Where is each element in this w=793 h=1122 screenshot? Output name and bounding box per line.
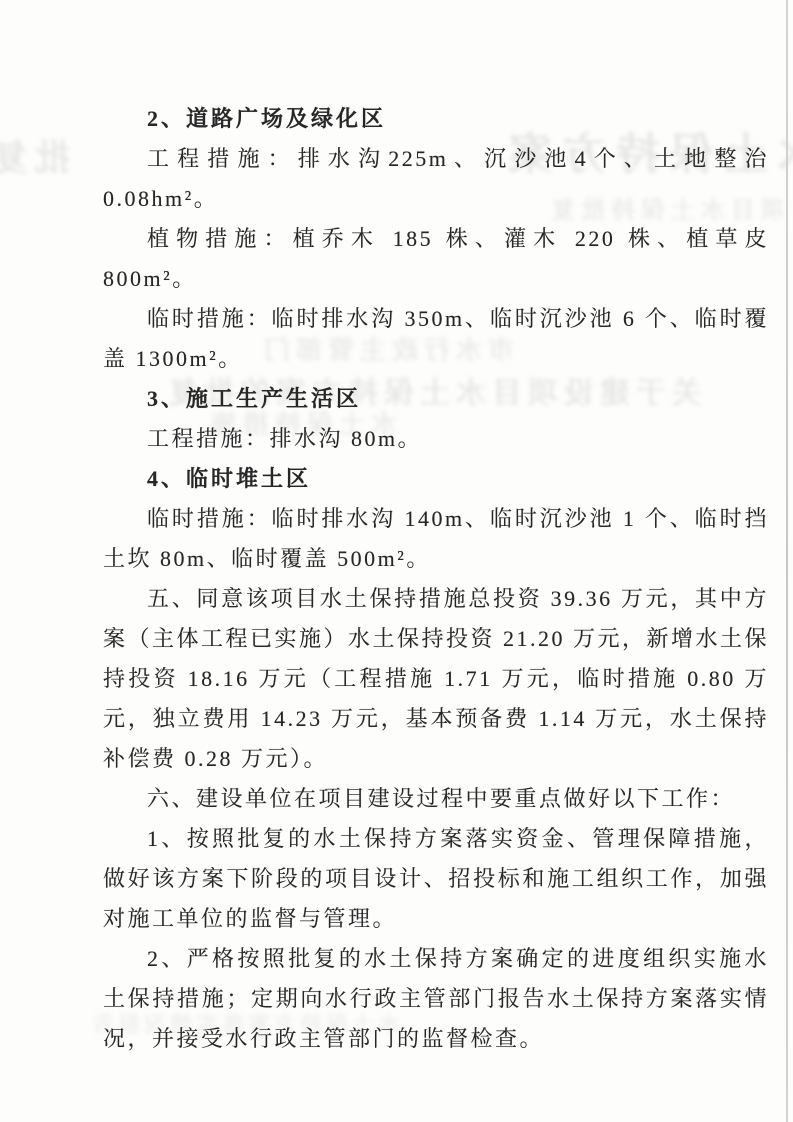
bleedthrough-text: 批复 [0, 130, 70, 181]
scan-page-edge-line [786, 0, 788, 1122]
paragraph-task-1: 1、按照批复的水土保持方案落实资金、管理保障措施，做好该方案下阶段的项目设计、招… [103, 819, 769, 939]
document-content: 2、道路广场及绿化区 工程措施：排水沟225m、沉沙池4个、土地整治0.08hm… [103, 99, 769, 1059]
paragraph-temporary-measures-1: 临时措施：临时排水沟 350m、临时沉沙池 6 个、临时覆盖 1300m²。 [103, 299, 769, 379]
paragraph-key-tasks-intro: 六、建设单位在项目建设过程中要重点做好以下工作： [103, 779, 769, 819]
paragraph-investment-approval: 五、同意该项目水土保持措施总投资 39.36 万元，其中方案（主体工程已实施）水… [103, 579, 769, 779]
section-heading-road-plaza-greening: 2、道路广场及绿化区 [103, 99, 769, 139]
section-heading-temporary-soil-area: 4、临时堆土区 [103, 459, 769, 499]
paragraph-temporary-measures-2: 临时措施：临时排水沟 140m、临时沉沙池 1 个、临时挡土坎 80m、临时覆盖… [103, 499, 769, 579]
paragraph-engineering-measures-1: 工程措施：排水沟225m、沉沙池4个、土地整治0.08hm²。 [103, 139, 769, 219]
paragraph-plant-measures: 植物措施：植乔木 185 株、灌木 220 株、植草皮 800m²。 [103, 219, 769, 299]
scanned-document-page: 批复 水土保持方案 项目水土保持批复 市水行政主管部门 关于建设项目水土保持方案… [0, 0, 793, 1122]
paragraph-task-2: 2、严格按照批复的水土保持方案确定的进度组织实施水土保持措施；定期向水行政主管部… [103, 939, 769, 1059]
section-heading-construction-area: 3、施工生产生活区 [103, 379, 769, 419]
paragraph-engineering-measures-2: 工程措施：排水沟 80m。 [103, 419, 769, 459]
